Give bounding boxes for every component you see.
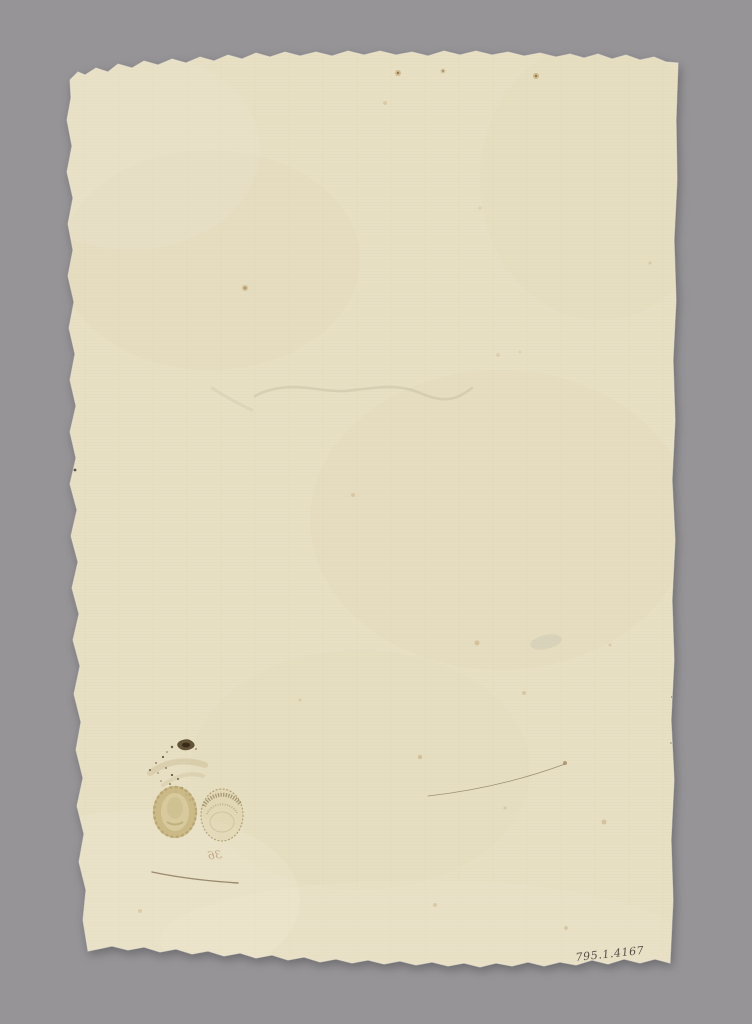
- paper-texture: [0, 40, 720, 1000]
- collector-stamp-left: [153, 786, 197, 838]
- offset-number-mark: 36: [207, 848, 222, 862]
- artwork-photo: 36 795.1.4167: [0, 0, 752, 1024]
- collector-stamp-right: [201, 789, 243, 841]
- photo-stage: 36 795.1.4167: [0, 0, 752, 1024]
